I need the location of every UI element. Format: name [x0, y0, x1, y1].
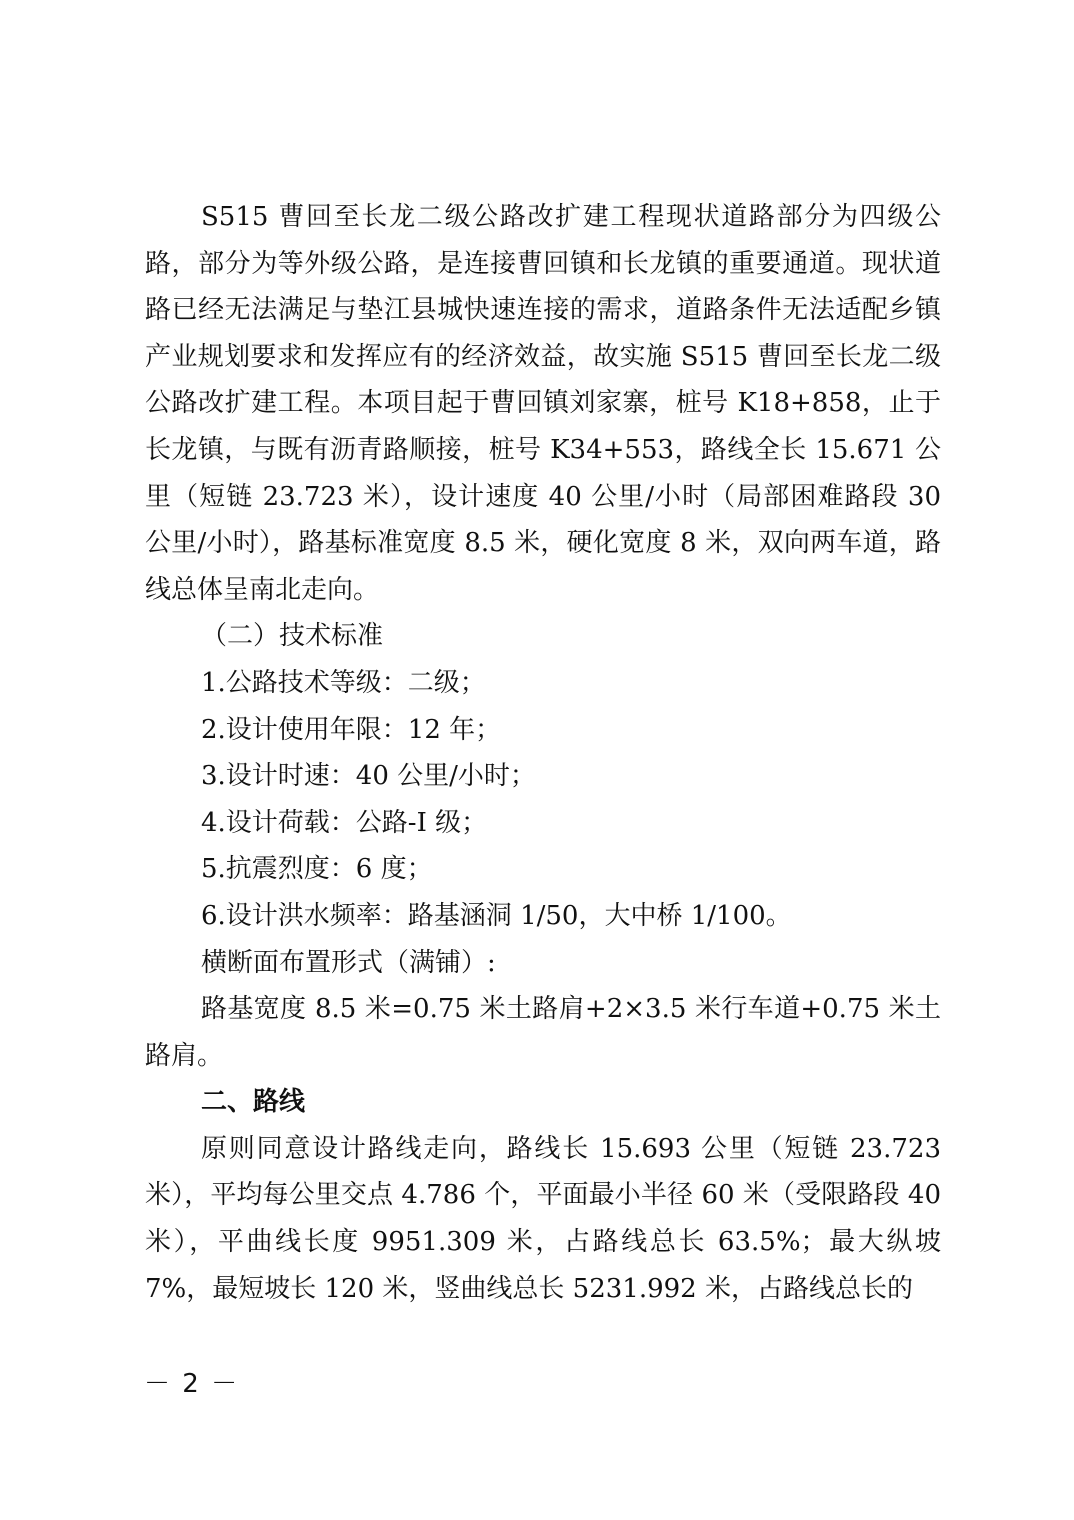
cross-section-label: 横断面布置形式（满铺）:: [145, 940, 941, 987]
intro-paragraph: S515 曹回至长龙二级公路改扩建工程现状道路部分为四级公路，部分为等外级公路，…: [145, 194, 941, 613]
route-section-heading: 二、路线: [145, 1079, 941, 1126]
page-number: － 2 －: [144, 1368, 239, 1400]
document-page: S515 曹回至长龙二级公路改扩建工程现状道路部分为四级公路，部分为等外级公路，…: [145, 194, 941, 1312]
technical-standards-heading: （二）技术标准: [145, 613, 941, 660]
route-paragraph: 原则同意设计路线走向，路线长 15.693 公里（短链 23.723 米），平均…: [145, 1126, 941, 1312]
standard-item-4: 4.设计荷载：公路-I 级；: [145, 800, 941, 847]
cross-section-detail: 路基宽度 8.5 米=0.75 米土路肩+2×3.5 米行车道+0.75 米土路…: [145, 986, 941, 1079]
standard-item-2: 2.设计使用年限：12 年；: [145, 707, 941, 754]
standard-item-1: 1.公路技术等级：二级；: [145, 660, 941, 707]
standard-item-5: 5.抗震烈度：6 度；: [145, 846, 941, 893]
standard-item-6: 6.设计洪水频率：路基涵洞 1/50，大中桥 1/100。: [145, 893, 941, 940]
standard-item-3: 3.设计时速：40 公里/小时；: [145, 753, 941, 800]
